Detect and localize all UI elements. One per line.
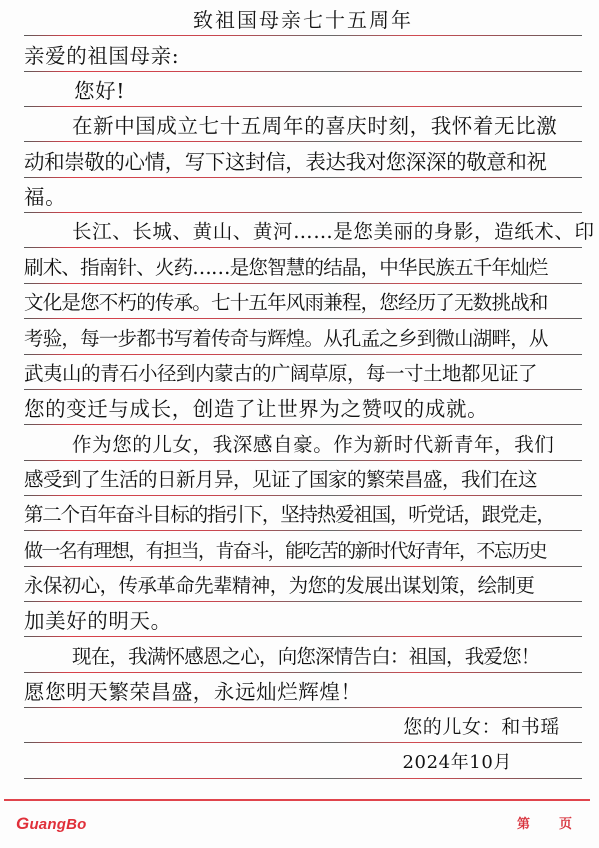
letter-title: 致祖国母亲七十五周年 — [24, 5, 582, 35]
body-line: 第二个百年奋斗目标的指引下，坚持热爱祖国，听党话，跟党走， — [24, 500, 582, 530]
greeting: 您好! — [24, 76, 582, 106]
body-line: 刷术、指南针、火药……是您智慧的结晶，中华民族五千年灿烂 — [24, 253, 582, 283]
ruled-line — [24, 566, 582, 567]
logo-text: uangBo — [29, 816, 86, 833]
letter-paper: 致祖国母亲七十五周年 亲爱的祖国母亲: 您好! 在新中国成立七十五周年的喜庆时刻… — [0, 0, 599, 848]
salutation: 亲爱的祖国母亲: — [24, 41, 582, 71]
ruled-line — [24, 672, 582, 673]
body-line: 作为您的儿女，我深感自豪。作为新时代新青年，我们 — [24, 430, 582, 460]
ruled-line — [24, 460, 582, 461]
body-line: 感受到了生活的日新月异，见证了国家的繁荣昌盛，我们在这 — [24, 465, 582, 495]
ruled-line — [24, 71, 582, 72]
body-line: 加美好的明天。 — [24, 606, 582, 636]
body-line: 永保初心，传承革命先辈精神，为您的发展出谋划策，绘制更 — [24, 571, 582, 601]
body-line: 福。 — [24, 182, 582, 212]
ruled-line — [24, 318, 582, 319]
body-line: 武夷山的青石小径到内蒙古的广阔草原，每一寸土地都见证了 — [24, 359, 582, 389]
ruled-line — [24, 35, 582, 36]
ruled-line — [24, 283, 582, 284]
signature: 您的儿女：和书瑶 — [24, 712, 582, 742]
ruled-line — [24, 354, 582, 355]
page-label-prefix: 第 — [517, 813, 530, 832]
body-line: 在新中国成立七十五周年的喜庆时刻，我怀着无比激 — [24, 111, 582, 141]
footer-divider — [4, 799, 590, 801]
page-label-suffix: 页 — [559, 813, 572, 832]
ruled-line — [24, 106, 582, 107]
body-line: 您的变迁与成长，创造了让世界为之赞叹的成就。 — [24, 394, 582, 424]
logo-initial: G — [16, 814, 29, 833]
ruled-line — [24, 177, 582, 178]
ruled-line — [24, 778, 582, 779]
body-line: 长江、长城、黄山、黄河……是您美丽的身影，造纸术、印 — [24, 217, 582, 247]
ruled-line — [24, 636, 582, 637]
ruled-line — [24, 495, 582, 496]
ruled-line — [24, 601, 582, 602]
body-line: 考验，每一步都书写着传奇与辉煌。从孔孟之乡到微山湖畔，从 — [24, 324, 582, 354]
body-line: 文化是您不朽的传承。七十五年风雨兼程，您经历了无数挑战和 — [24, 288, 582, 318]
ruled-line — [24, 707, 582, 708]
ruled-line — [24, 212, 582, 213]
ruled-line — [24, 141, 582, 142]
body-line: 现在，我满怀感恩之心，向您深情告白：祖国，我爱您！ — [24, 642, 582, 672]
ruled-line — [24, 247, 582, 248]
letter-date: 2024年10月 — [24, 748, 582, 778]
body-line: 做一名有理想，有担当，肯奋斗，能吃苦的新时代好青年，不忘历史 — [24, 536, 582, 566]
ruled-line — [24, 530, 582, 531]
ruled-line — [24, 742, 582, 743]
ruled-line — [24, 424, 582, 425]
body-line: 动和崇敬的心情，写下这封信，表达我对您深深的敬意和祝 — [24, 147, 582, 177]
body-line: 愿您明天繁荣昌盛，永远灿烂辉煌！ — [24, 677, 582, 707]
guangbo-logo: GuangBo — [16, 814, 86, 834]
ruled-line — [24, 389, 582, 390]
